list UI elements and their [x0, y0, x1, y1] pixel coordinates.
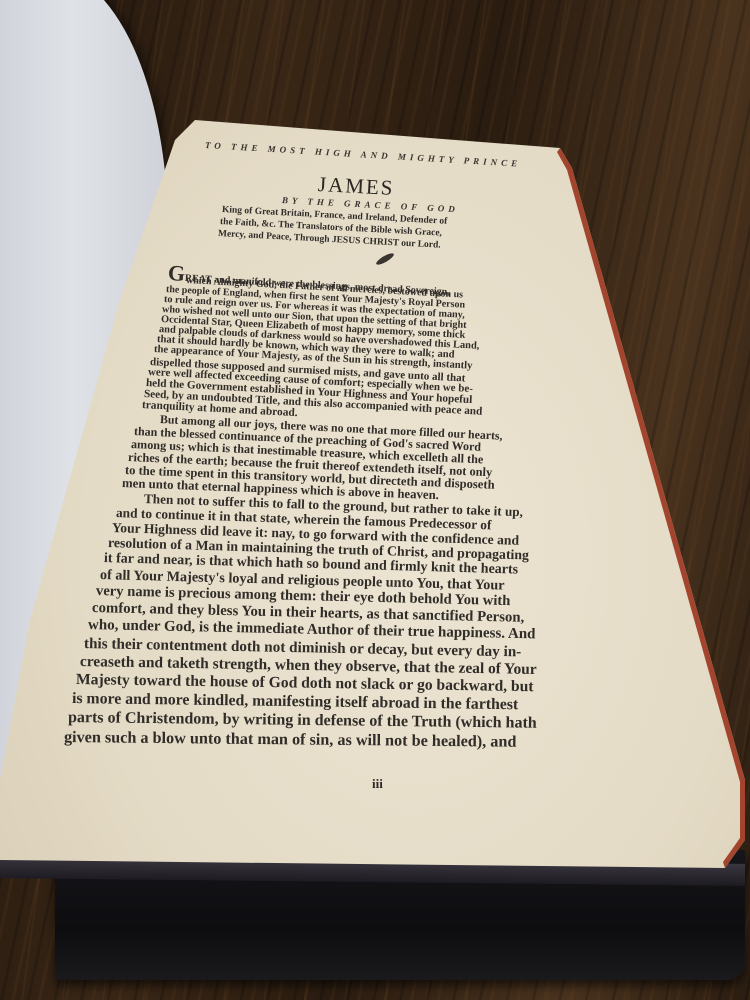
left-blank-page	[0, 0, 168, 830]
